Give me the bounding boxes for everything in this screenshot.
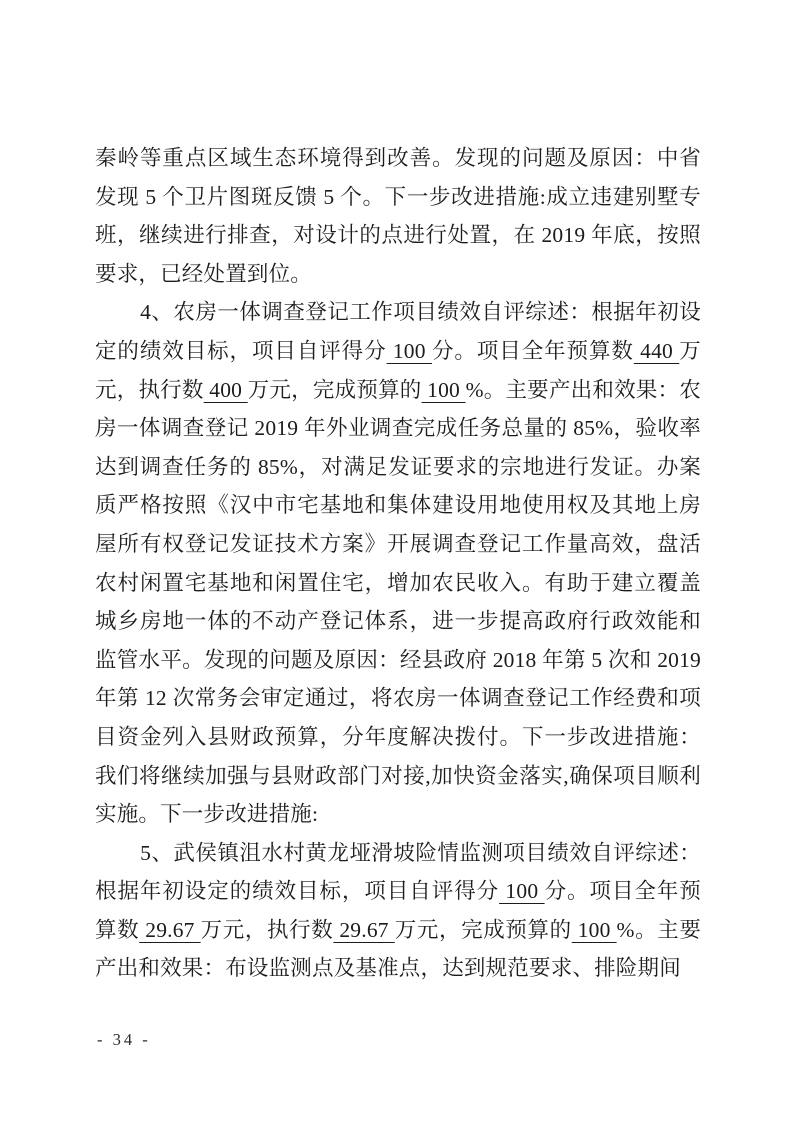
filled-blank-value: 100	[499, 879, 545, 903]
document-body: 秦岭等重点区域生态环境得到改善。发现的问题及原因：中省发现 5 个卫片图斑反馈 …	[95, 139, 701, 988]
filled-blank-value: 440	[634, 339, 679, 363]
text-run: 秦岭等重点区域生态环境得到改善。发现的问题及原因：中省发现 5 个卫片图斑反馈 …	[95, 146, 701, 286]
text-run: 分。项目全年预算数	[432, 339, 634, 363]
filled-blank-value: 100	[422, 378, 466, 402]
document-page: 秦岭等重点区域生态环境得到改善。发现的问题及原因：中省发现 5 个卫片图斑反馈 …	[0, 0, 793, 1122]
filled-blank-value: 400	[204, 378, 248, 402]
filled-blank-value: 100	[572, 918, 617, 942]
text-run: 万元，执行数	[201, 918, 334, 942]
para-item-4: 4、农房一体调查登记工作项目绩效自评综述：根据年初设定的绩效目标，项目自评得分 …	[95, 293, 701, 833]
para-continuation: 秦岭等重点区域生态环境得到改善。发现的问题及原因：中省发现 5 个卫片图斑反馈 …	[95, 139, 701, 293]
para-item-5: 5、武侯镇沮水村黄龙垭滑坡险情监测项目绩效自评综述：根据年初设定的绩效目标，项目…	[95, 834, 701, 988]
filled-blank-value: 29.67	[333, 918, 394, 942]
filled-blank-value: 100	[387, 339, 432, 363]
text-run: 万元，完成预算的	[395, 918, 572, 942]
filled-blank-value: 29.67	[139, 918, 200, 942]
text-run: %。主要产出和效果：农房一体调查登记 2019 年外业调查完成任务总量的 85%…	[95, 378, 701, 827]
text-run: 万元，完成预算的	[248, 378, 422, 402]
page-number: - 34 -	[97, 1030, 151, 1050]
